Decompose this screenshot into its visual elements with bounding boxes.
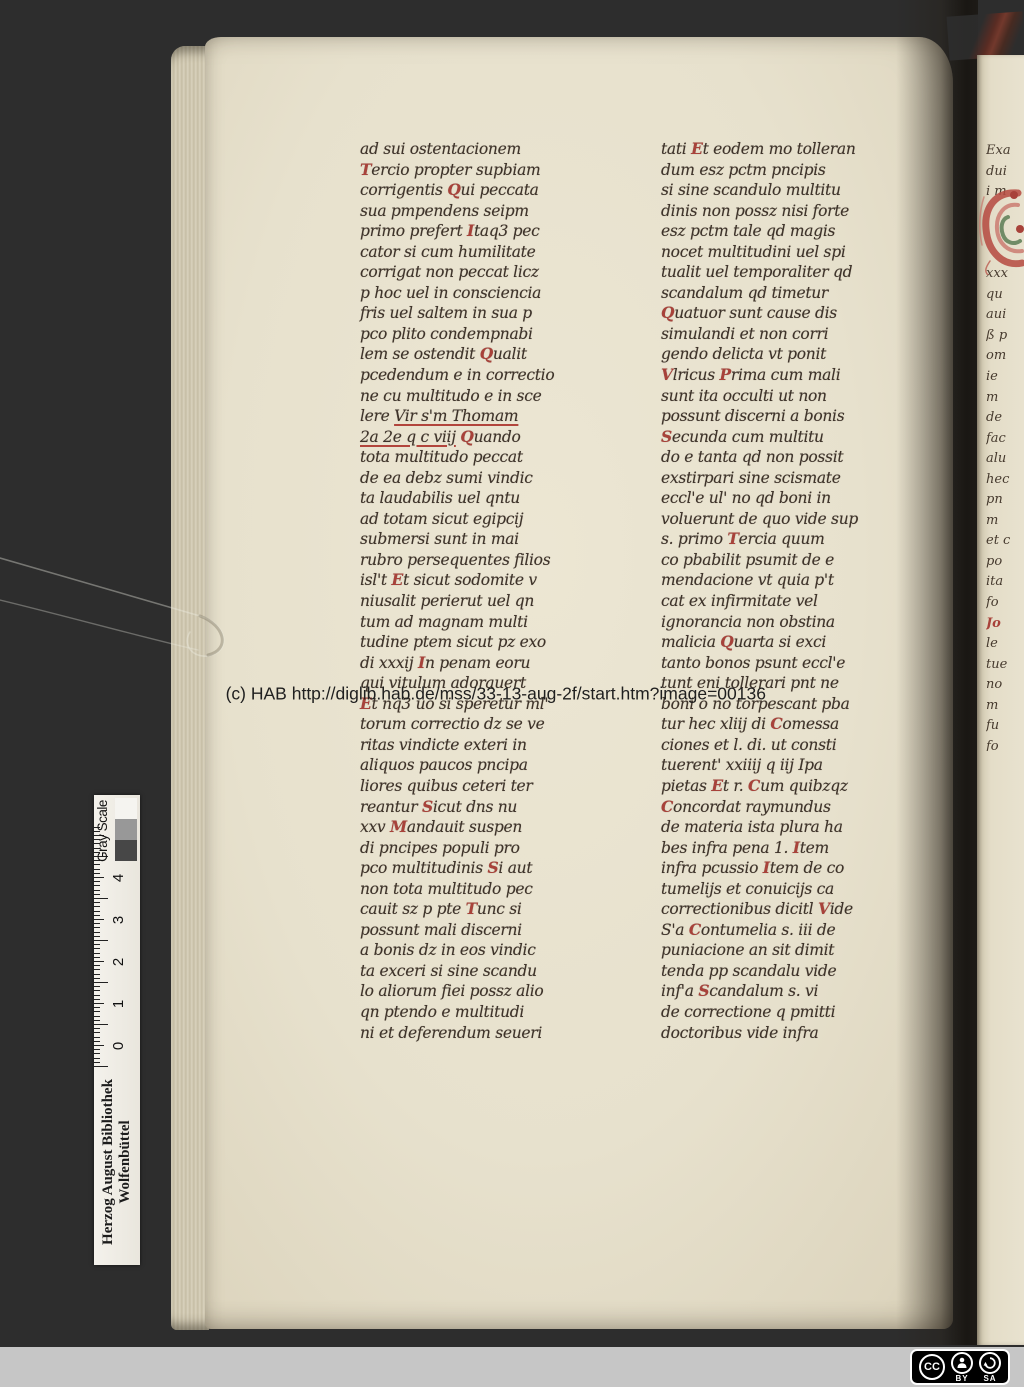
- ruler-tick: [94, 999, 100, 1000]
- manuscript-line: qn ptendo e multitudi: [360, 1002, 618, 1023]
- ruler-tick: [94, 940, 108, 941]
- manuscript-text-column-left: ad sui ostentacionemTercio propter supbi…: [360, 139, 618, 1043]
- ruler-number: 0: [110, 1042, 127, 1050]
- credit-url-text: (c) HAB http://diglib.hab.de/mss/33-13-a…: [226, 683, 766, 704]
- fragment-line: aui: [986, 299, 1024, 320]
- manuscript-line: co pbabilit psumit de e: [661, 550, 919, 571]
- manuscript-line: tota multitudo peccat: [360, 447, 618, 468]
- fragment-line: tue: [986, 649, 1024, 670]
- manuscript-line: p hoc uel in consciencia: [360, 283, 618, 304]
- fragment-line: de: [986, 402, 1024, 423]
- ruler-number: 3: [110, 916, 127, 924]
- manuscript-line: isl't Et sicut sodomite v: [360, 570, 618, 591]
- ruler-tick: [94, 982, 108, 983]
- manuscript-line: S'a Contumelia s. iii de: [661, 920, 919, 941]
- ruler-tick: [94, 1066, 108, 1067]
- ruler-strip: Herzog August Bibliothek Wolfenbüttel 01…: [94, 795, 140, 1265]
- manuscript-line: tur hec xliij di Comessa: [661, 714, 919, 735]
- ruler-tick: [94, 1037, 100, 1038]
- ruler-tick: [94, 1049, 100, 1050]
- sa-label: SA: [983, 1375, 996, 1383]
- manuscript-line: de materia ista plura ha: [661, 817, 919, 838]
- fragment-line: om: [986, 340, 1024, 361]
- book-gutter-shadow: [896, 0, 978, 1345]
- manuscript-line: Concordat raymundus: [661, 797, 919, 818]
- fragment-line: m: [986, 690, 1024, 711]
- fragment-line: fac: [986, 423, 1024, 444]
- manuscript-line: liores quibus ceteri ter: [360, 776, 618, 797]
- cc-by-cell: BY: [951, 1352, 973, 1383]
- ruler-tick: [94, 932, 100, 933]
- fragment-line: Jo: [986, 608, 1024, 629]
- ruler-tick: [94, 1062, 100, 1063]
- binding-edge-decoration: [947, 11, 1024, 60]
- manuscript-line: aliquos paucos pncipa: [360, 755, 618, 776]
- ruler-tick: [94, 1024, 108, 1025]
- manuscript-line: sua pmpendens seipm: [360, 201, 618, 222]
- manuscript-line: ignorancia non obstina: [661, 612, 919, 633]
- manuscript-line: ritas vindicte exteri in: [360, 735, 618, 756]
- manuscript-line: pco plito condempnabi: [360, 324, 618, 345]
- manuscript-line: reantur Sicut dns nu: [360, 797, 618, 818]
- manuscript-line: non tota multitudo pec: [360, 879, 618, 900]
- ruler-tick: [94, 1053, 100, 1054]
- manuscript-line: lo aliorum fiei possz alio: [360, 981, 618, 1002]
- manuscript-line: 2a 2e q c viij Quando: [360, 427, 618, 448]
- ruler-tick: [94, 969, 100, 970]
- fragment-line: po: [986, 546, 1024, 567]
- manuscript-line: possunt discerni a bonis: [661, 406, 919, 427]
- ruler-tick: [94, 1041, 100, 1042]
- manuscript-line: corrigat non peccat licz: [360, 262, 618, 283]
- fragment-line: fu: [986, 710, 1024, 731]
- manuscript-line: di xxxij In penam eoru: [360, 653, 618, 674]
- ruler-tick: [94, 961, 104, 962]
- manuscript-line: de ea debz sumi vindic: [360, 468, 618, 489]
- manuscript-line: Quatuor sunt cause dis: [661, 303, 919, 324]
- fragment-line: no: [986, 669, 1024, 690]
- manuscript-line: dinis non possz nisi forte: [661, 201, 919, 222]
- ruler-tick: [94, 936, 100, 937]
- manuscript-line: inf'a Scandalum s. vi: [661, 981, 919, 1002]
- manuscript-line: tanto bonos psunt eccl'e: [661, 653, 919, 674]
- fragment-line: qu: [986, 279, 1024, 300]
- fragment-line: fo: [986, 731, 1024, 752]
- share-alike-arrow-icon: [979, 1352, 1001, 1374]
- manuscript-line: niusalit perierut uel qn: [360, 591, 618, 612]
- ruler-tick: [94, 1032, 100, 1033]
- fragment-line: ita: [986, 566, 1024, 587]
- institution-line2: Wolfenbüttel: [117, 1120, 134, 1203]
- cc-logo-icon: CC: [919, 1354, 945, 1380]
- manuscript-line: tumelijs et conuicijs ca: [661, 879, 919, 900]
- fragment-line: alu: [986, 443, 1024, 464]
- ruler-tick: [94, 927, 100, 928]
- ruler-tick: [94, 978, 100, 979]
- ruler-tick: [94, 1016, 100, 1017]
- manuscript-line: rubro persequentes filios: [360, 550, 618, 571]
- fragment-line: ß p: [986, 320, 1024, 341]
- cc-sa-cell: SA: [979, 1352, 1001, 1383]
- fragment-line: le: [986, 628, 1024, 649]
- manuscript-line: dum esz pctm pncipis: [661, 160, 919, 181]
- manuscript-line: exstirpari sine scismate: [661, 468, 919, 489]
- manuscript-line: fris uel saltem in sua p: [360, 303, 618, 324]
- ruler-tick: [94, 995, 100, 996]
- manuscript-line: bes infra pena 1. Item: [661, 838, 919, 859]
- manuscript-line: cator si cum humilitate: [360, 242, 618, 263]
- ruler-tick: [94, 1003, 104, 1004]
- ruler-number: 4: [110, 874, 127, 882]
- manuscript-line: puniacione an sit dimit: [661, 940, 919, 961]
- ruler-tick: [94, 1028, 100, 1029]
- ruler-tick: [94, 898, 108, 899]
- manuscript-line: corrigentis Qui peccata: [360, 180, 618, 201]
- fragment-line: m: [986, 505, 1024, 526]
- ruler-tick: [94, 1045, 104, 1046]
- manuscript-line: torum correctio dz se ve: [360, 714, 618, 735]
- manuscript-line: s. primo Tercia quum: [661, 529, 919, 550]
- manuscript-line: esz pctm tale qd magis: [661, 221, 919, 242]
- fragment-line: m: [986, 382, 1024, 403]
- manuscript-line: ciones et l. di. ut consti: [661, 735, 919, 756]
- manuscript-line: doctoribus vide infra: [661, 1023, 919, 1044]
- manuscript-line: si sine scandulo multitu: [661, 180, 919, 201]
- institution-label: Herzog August Bibliothek Wolfenbüttel: [94, 1059, 140, 1265]
- manuscript-line: tualit uel temporaliter qd: [661, 262, 919, 283]
- ruler-tick: [94, 1007, 100, 1008]
- manuscript-line: submersi sunt in mai: [360, 529, 618, 550]
- ruler-tick: [94, 902, 100, 903]
- ruler-tick: [94, 948, 100, 949]
- manuscript-line: de correctione q pmitti: [661, 1002, 919, 1023]
- ruler-tick: [94, 911, 100, 912]
- manuscript-line: do e tanta qd non possit: [661, 447, 919, 468]
- institution-line1: Herzog August Bibliothek: [100, 1079, 117, 1245]
- ruler-tick: [94, 923, 100, 924]
- manuscript-line: cat ex infirmitate vel: [661, 591, 919, 612]
- manuscript-line: di pncipes populi pro: [360, 838, 618, 859]
- digitized-manuscript-photo: ad sui ostentacionemTercio propter supbi…: [0, 0, 1024, 1387]
- manuscript-line: primo prefert Itaq3 pec: [360, 221, 618, 242]
- manuscript-line: ad sui ostentacionem: [360, 139, 618, 160]
- book-fore-edge: [171, 46, 209, 1330]
- manuscript-line: cauit sz p pte Tunc si: [360, 899, 618, 920]
- ruler-tick: [94, 890, 100, 891]
- ruler-tick: [94, 877, 104, 878]
- manuscript-line: Secunda cum multitu: [661, 427, 919, 448]
- fragment-line: fo: [986, 587, 1024, 608]
- manuscript-line: scandalum qd timetur: [661, 283, 919, 304]
- ruler-tick: [94, 881, 100, 882]
- manuscript-line: nocet multitudini uel spi: [661, 242, 919, 263]
- fragment-line: hec: [986, 464, 1024, 485]
- fragment-line: Exa: [986, 135, 1024, 156]
- manuscript-line: eccl'e ul' no qd boni in: [661, 488, 919, 509]
- ruler-number: 2: [110, 958, 127, 966]
- manuscript-line: malicia Quarta si exci: [661, 632, 919, 653]
- manuscript-line: ne cu multitudo e in sce: [360, 386, 618, 407]
- cc-circle-icon: CC: [919, 1354, 945, 1380]
- manuscript-line: correctionibus dicitl Vide: [661, 899, 919, 920]
- manuscript-line: ta laudabilis uel qntu: [360, 488, 618, 509]
- ruler-tick: [94, 944, 100, 945]
- ruler-tick: [94, 990, 100, 991]
- manuscript-line: infra pcussio Item de co: [661, 858, 919, 879]
- manuscript-line: Vlricus Prima cum mali: [661, 365, 919, 386]
- gray-scale-patch: [115, 840, 137, 861]
- ruler-tick: [94, 953, 100, 954]
- manuscript-line: a bonis dz in eos vindic: [360, 940, 618, 961]
- gray-scale-patch: [115, 798, 137, 819]
- manuscript-line: pco multitudinis Si aut: [360, 858, 618, 879]
- manuscript-line: tati Et eodem mo tolleran: [661, 139, 919, 160]
- ruler-tick: [94, 894, 100, 895]
- manuscript-line: mendacione vt quia p't: [661, 570, 919, 591]
- manuscript-text-column-right: tati Et eodem mo tollerandum esz pctm pn…: [661, 139, 919, 1043]
- ruler-number: 1: [110, 1000, 127, 1008]
- manuscript-line: tenda pp scandalu vide: [661, 961, 919, 982]
- ruler-tick: [94, 957, 100, 958]
- ruler-tick: [94, 986, 100, 987]
- manuscript-line: voluerunt de quo vide sup: [661, 509, 919, 530]
- ruler-tick: [94, 1020, 100, 1021]
- ruler-tick: [94, 869, 100, 870]
- ruler-tick: [94, 915, 100, 916]
- manuscript-line: simulandi et non corri: [661, 324, 919, 345]
- manuscript-line: tum ad magnam multi: [360, 612, 618, 633]
- manuscript-line: ta exceri si sine scandu: [360, 961, 618, 982]
- decorated-initial-ornament: [978, 183, 1024, 275]
- by-label: BY: [955, 1375, 968, 1383]
- attribution-person-icon: [951, 1352, 973, 1374]
- manuscript-line: pcedendum e in correctio: [360, 365, 618, 386]
- ruler-tick: [94, 885, 100, 886]
- fragment-line: dui: [986, 156, 1024, 177]
- fragment-line: pn: [986, 484, 1024, 505]
- gray-scale-ruler: Herzog August Bibliothek Wolfenbüttel 01…: [94, 795, 140, 1265]
- manuscript-line: Tercio propter supbiam: [360, 160, 618, 181]
- manuscript-line: ni et deferendum seueri: [360, 1023, 618, 1044]
- ruler-tick: [94, 919, 104, 920]
- ruler-tick: [94, 1058, 100, 1059]
- ruler-tick: [94, 1011, 100, 1012]
- manuscript-line: xxv Mandauit suspen: [360, 817, 618, 838]
- ruler-tick: [94, 906, 100, 907]
- gray-scale-title: Gray Scale: [95, 795, 110, 867]
- manuscript-line: lem se ostendit Qualit: [360, 344, 618, 365]
- gray-scale-patch: [115, 819, 137, 840]
- fragment-line: ie: [986, 361, 1024, 382]
- manuscript-line: lere Vir s'm Thomam: [360, 406, 618, 427]
- manuscript-line: ad totam sicut egipcij: [360, 509, 618, 530]
- manuscript-line: tuerent' xxiiij q iij Ipa: [661, 755, 919, 776]
- manuscript-line: possunt mali discerni: [360, 920, 618, 941]
- fragment-line: et c: [986, 525, 1024, 546]
- manuscript-line: sunt ita occulti ut non: [661, 386, 919, 407]
- cc-by-sa-badge: CC BY SA: [910, 1349, 1010, 1385]
- ruler-tick: [94, 974, 100, 975]
- credit-bar: [0, 1347, 1024, 1387]
- manuscript-line: gendo delicta vt ponit: [661, 344, 919, 365]
- manuscript-line: tudine ptem sicut pz exo: [360, 632, 618, 653]
- ruler-tick: [94, 873, 100, 874]
- manuscript-line: pietas Et r. Cum quibzqz: [661, 776, 919, 797]
- ruler-tick: [94, 965, 100, 966]
